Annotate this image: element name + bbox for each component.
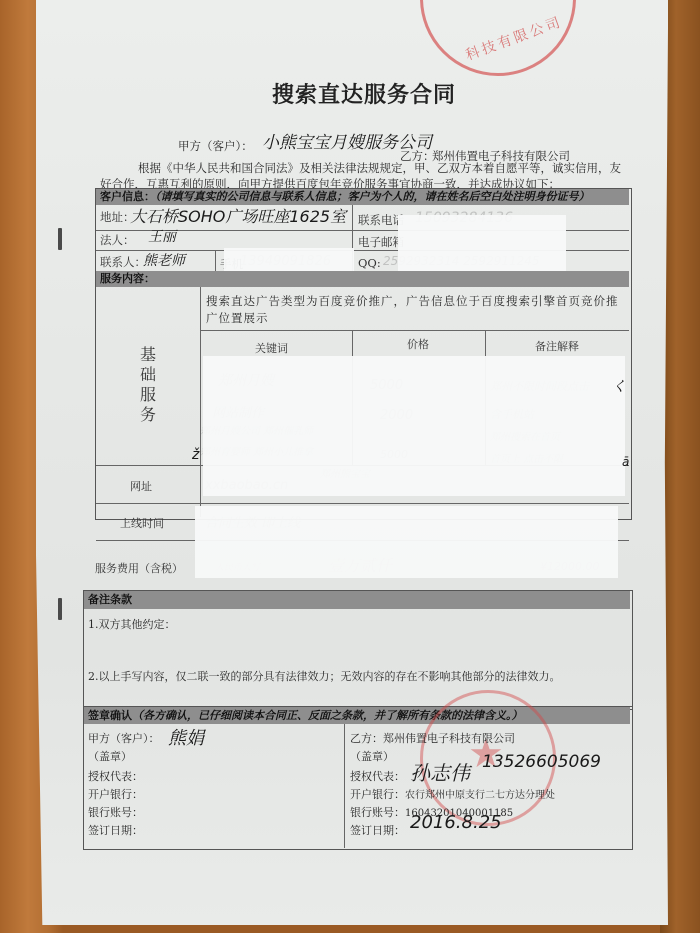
- website-label: 网址: [130, 478, 152, 494]
- redaction-keywords: [203, 356, 625, 496]
- party-b-sign-name: 郑州伟置电子科技有限公司: [383, 732, 515, 745]
- online-time-label: 上线时间: [120, 515, 164, 531]
- party-b-sign-label: 乙方：郑州伟置电子科技有限公司: [350, 730, 515, 746]
- redaction-fee: [195, 506, 618, 578]
- party-a-bank-label: 开户银行：: [88, 786, 143, 802]
- party-b-rep-signature[interactable]: 孙志伟: [410, 757, 470, 786]
- redaction-contact: [398, 215, 566, 279]
- document-title: 搜索直达服务合同: [272, 78, 456, 109]
- col-divider: [200, 287, 201, 517]
- margin-mark-2: ā: [622, 455, 629, 469]
- signature-header: 签章确认（各方确认，已仔细阅读本合同正、反面之条款，并了解所有条款的法律含义。）: [84, 707, 630, 724]
- staple-mark-top: [58, 228, 62, 250]
- party-b-bank: 开户银行：农行郑州中原支行二七方达分理处: [350, 786, 555, 802]
- col-divider: [215, 250, 216, 271]
- party-a-signature[interactable]: 熊娟: [168, 724, 204, 750]
- qq-label: QQ:: [358, 256, 381, 270]
- column-note: 备注解释: [535, 338, 579, 354]
- remarks-header: 备注条款: [84, 591, 630, 609]
- remarks-item-2: 2.以上手写内容，仅二联一致的部分具有法律效力；无效内容的存在不影响其他部分的法…: [88, 668, 561, 684]
- party-b-date-value[interactable]: 2016.8.25: [410, 812, 502, 833]
- row-divider: [200, 330, 629, 331]
- signature-title: 签章确认: [88, 709, 132, 722]
- service-description: 搜索直达广告类型为百度竞价推广，广告信息位于百度搜索引擎首页竞价推广位置展示: [206, 293, 624, 327]
- party-a-date-label: 签订日期：: [88, 822, 143, 838]
- party-b-rep-label: 授权代表：: [350, 768, 405, 784]
- col-divider: [344, 724, 345, 848]
- party-b-bank-label: 开户银行：: [350, 788, 405, 801]
- row-divider: [96, 503, 629, 504]
- customer-info-note: （请填写真实的公司信息与联系人信息；客户为个人的，请在姓名后空白处注明身份证号）: [155, 190, 590, 203]
- legal-person-label: 法人：: [100, 232, 135, 248]
- party-a-account-label: 银行账号：: [88, 804, 143, 820]
- column-price: 价格: [407, 336, 429, 352]
- legal-person-value[interactable]: 王丽: [148, 226, 176, 246]
- party-b-rep-phone[interactable]: 13526605069: [482, 752, 601, 772]
- customer-info-header: 客户信息：（请填写真实的公司信息与联系人信息；客户为个人的，请在姓名后空白处注明…: [96, 189, 629, 205]
- party-b-sign-prefix: 乙方：: [350, 732, 383, 745]
- party-a-seal-label: （盖章）: [88, 748, 132, 764]
- margin-mark-1: く: [612, 376, 626, 396]
- margin-mark-3: ž: [192, 447, 199, 463]
- party-b-date-label: 签订日期：: [350, 822, 405, 838]
- party-a-label: 甲方（客户）：: [178, 138, 253, 154]
- intro-line-1: 根据《中华人民共和国合同法》及相关法律法规规定，甲、乙双方本着自愿平等，诚实信用…: [138, 160, 621, 176]
- service-content-header: 服务内容：: [96, 271, 629, 287]
- party-b-seal-label: （盖章）: [350, 748, 394, 764]
- contact-label: 联系人：: [100, 254, 146, 270]
- remarks-item-1: 1.双方其他约定：: [88, 616, 176, 632]
- basic-service-label: 基础服务: [138, 345, 158, 425]
- party-b-account-label: 银行账号：: [350, 806, 405, 819]
- party-a-sign-label: 甲方（客户）：: [88, 730, 160, 746]
- staple-mark-bottom: [58, 598, 62, 620]
- customer-info-title: 客户信息：: [100, 190, 155, 203]
- column-keyword: 关键词: [255, 340, 288, 356]
- fee-label: 服务费用（含税）: [95, 560, 183, 576]
- address-value[interactable]: 大石桥SOHO广场旺座1625室: [130, 204, 346, 227]
- contact-value[interactable]: 熊老师: [143, 250, 185, 270]
- party-b-bank-value: 农行郑州中原支行二七方达分理处: [405, 790, 555, 801]
- party-a-rep-label: 授权代表：: [88, 768, 143, 784]
